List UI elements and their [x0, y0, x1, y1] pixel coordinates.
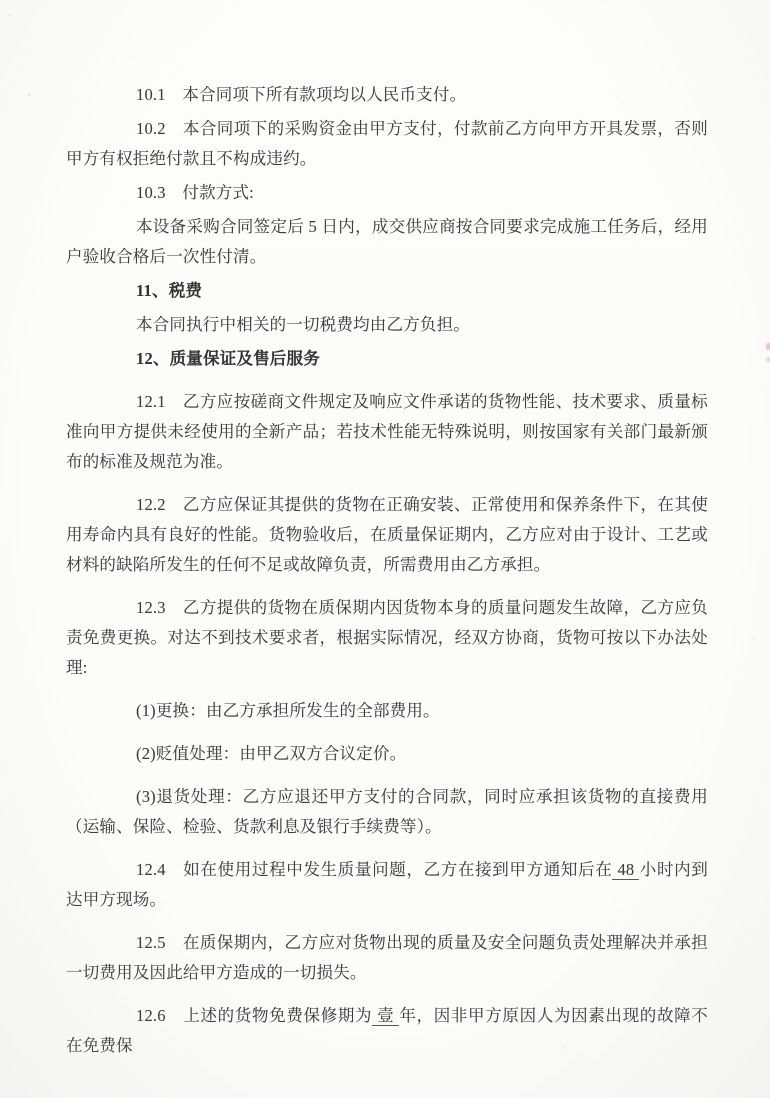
scan-speck [27, 93, 31, 96]
clause-12-4: 12.4 如在使用过程中发生质量问题，乙方在接到甲方通知后在48小时内到达甲方现… [66, 855, 708, 915]
clause-12-1: 12.1 乙方应按磋商文件规定及响应文件承诺的货物性能、技术要求、质量标准向甲方… [66, 387, 708, 477]
scan-edge-pink-dot [766, 357, 770, 362]
scan-edge-pink-dot [766, 343, 770, 350]
clause-12-6: 12.6 上述的货物免费保修期为壹年，因非甲方原因人为因素出现的故障不在免费保 [66, 1001, 708, 1061]
clause-10-1: 10.1 本合同项下所有款项均以人民币支付。 [66, 80, 708, 110]
clause-12-3-item-1-replacement: (1)更换：由乙方承担所发生的全部费用。 [66, 696, 708, 726]
clause-12-5: 12.5 在质保期内，乙方应对货物出现的质量及安全问题负责处理解决并承担一切费用… [66, 928, 708, 988]
scanned-contract-page: 10.1 本合同项下所有款项均以人民币支付。 10.2 本合同项下的采购资金由甲… [0, 0, 770, 1098]
clause-12-3: 12.3 乙方提供的货物在质保期内因货物本身的质量问题发生故障，乙方应负责免费更… [66, 593, 708, 683]
filled-blank-response-hours: 48 [612, 860, 639, 880]
scan-speck [752, 638, 755, 641]
clause-12-2: 12.2 乙方应保证其提供的货物在正确安装、正常使用和保养条件下，在其使用寿命内… [66, 490, 708, 580]
clause-12-3-item-2-devaluation: (2)贬值处理：由甲乙双方合议定价。 [66, 739, 708, 769]
clause-10-2: 10.2 本合同项下的采购资金由甲方支付，付款前乙方向甲方开具发票，否则甲方有权… [66, 114, 708, 174]
clause-10-3: 10.3 付款方式: [66, 178, 708, 208]
scan-edge-pink-mark [765, 341, 770, 367]
section-heading-12-quality-warranty: 12、质量保证及售后服务 [66, 344, 708, 374]
section-heading-11-taxes: 11、税费 [66, 276, 708, 306]
filled-blank-warranty-years: 壹 [372, 1006, 399, 1026]
clause-12-6-pre: 12.6 上述的货物免费保修期为 [136, 1006, 372, 1025]
clause-12-3-item-3-return: (3)退货处理：乙方应退还甲方支付的合同款，同时应承担该货物的直接费用（运输、保… [66, 782, 708, 842]
clause-12-4-pre: 12.4 如在使用过程中发生质量问题，乙方在接到甲方通知后在 [136, 860, 612, 879]
clause-11-body: 本合同执行中相关的一切税费均由乙方负担。 [66, 310, 708, 340]
scan-speck [8, 14, 11, 17]
clause-10-3-payment-terms: 本设备采购合同签定后 5 日内，成交供应商按合同要求完成施工任务后，经用户验收合… [66, 212, 708, 272]
contract-text-block: 10.1 本合同项下所有款项均以人民币支付。 10.2 本合同项下的采购资金由甲… [66, 80, 708, 1061]
